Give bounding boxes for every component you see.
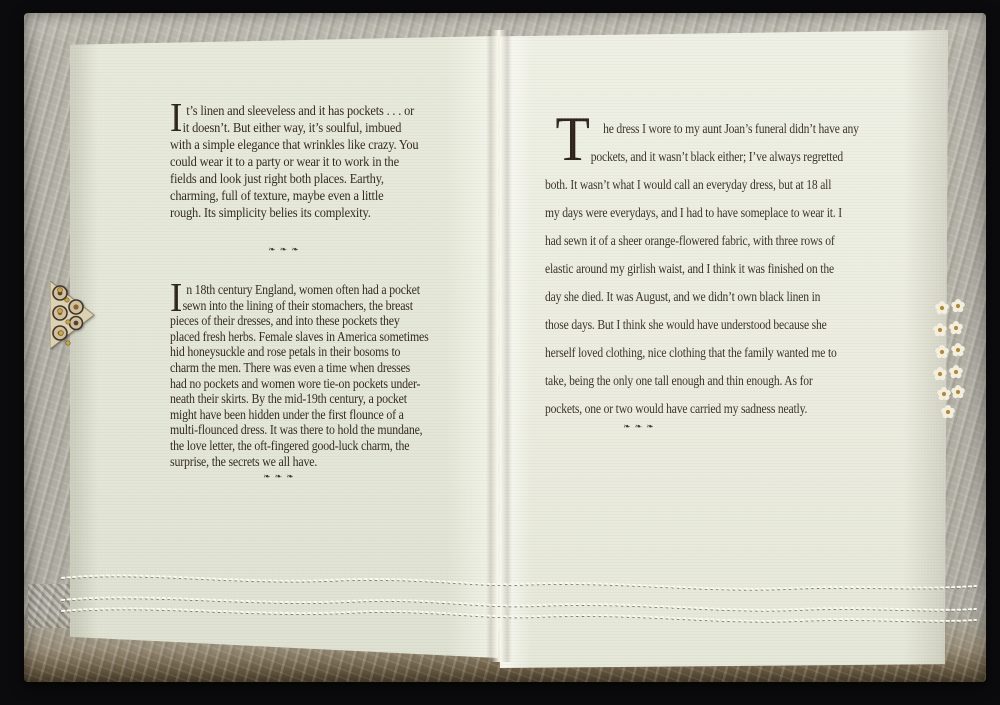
text-line: those days. But I think she would have u… [545, 311, 859, 339]
text-line: elastic around my girlish waist, and I t… [545, 255, 859, 283]
cover-weave-texture [28, 584, 70, 628]
text-line: herself loved clothing, nice clothing th… [545, 339, 859, 367]
text-line: placed fresh herbs. Female slaves in Ame… [170, 329, 429, 345]
drop-cap: T [556, 110, 590, 168]
text-line: rough. Its simplicity belies its complex… [170, 204, 418, 221]
paragraph: T he dress I wore to my aunt Joan’s fune… [545, 115, 859, 423]
text-line: neath their skirts. By the mid-19th cent… [170, 391, 429, 407]
paragraph-lines: n 18th century England, women often had … [170, 282, 429, 469]
text-line: pockets, one or two would have carried m… [545, 395, 859, 423]
text-line: it doesn’t. But either way, it’s soulful… [170, 119, 418, 136]
fleuron-ornament: ❧❧❧ [263, 473, 298, 481]
paragraph-lines: he dress I wore to my aunt Joan’s funera… [545, 115, 859, 423]
text-line: pieces of their dresses, and into these … [170, 313, 429, 329]
text-line: had sewn it of a sheer orange-flowered f… [545, 227, 859, 255]
text-line: the love letter, the oft-fingered good-l… [170, 438, 429, 454]
text-line: might have been hidden under the first f… [170, 407, 429, 423]
text-line: both. It wasn’t what I would call an eve… [545, 171, 859, 199]
drop-cap: I [170, 279, 182, 315]
text-line: take, being the only one tall enough and… [545, 367, 859, 395]
paragraph: I n 18th century England, women often ha… [170, 282, 429, 469]
text-line: hid honeysuckle and rose petals in their… [170, 344, 429, 360]
drop-cap: I [170, 99, 182, 135]
text-line: had no pockets and women wore tie-on poc… [170, 376, 429, 392]
text-line: multi-flounced dress. It was there to ho… [170, 422, 429, 438]
gold-beads [52, 280, 78, 352]
paragraph: I t’s linen and sleeveless and it has po… [170, 102, 418, 221]
text-line: n 18th century England, women often had … [170, 282, 429, 298]
right-page: T he dress I wore to my aunt Joan’s fune… [500, 30, 948, 668]
text-line: he dress I wore to my aunt Joan’s funera… [545, 115, 859, 143]
text-line: charming, full of texture, maybe even a … [170, 187, 418, 204]
text-line: my days were everydays, and I had to hav… [545, 199, 859, 227]
text-line: t’s linen and sleeveless and it has pock… [170, 102, 418, 119]
left-page: I t’s linen and sleeveless and it has po… [70, 36, 498, 658]
fleuron-ornament: ❧❧❧ [623, 423, 658, 431]
paragraph-lines: t’s linen and sleeveless and it has pock… [170, 102, 418, 221]
text-line: sewn into the lining of their stomachers… [170, 298, 429, 314]
text-line: could wear it to a party or wear it to w… [170, 153, 418, 170]
text-line: fields and look just right both places. … [170, 170, 418, 187]
text-line: pockets, and it wasn’t black either; I’v… [545, 143, 859, 171]
fleuron-ornament: ❧❧❧ [268, 246, 303, 254]
text-line: surprise, the secrets we all have. [170, 454, 429, 470]
photo-background: I t’s linen and sleeveless and it has po… [0, 0, 1000, 705]
text-line: with a simple elegance that wrinkles lik… [170, 136, 418, 153]
text-line: charm the men. There was even a time whe… [170, 360, 429, 376]
pressed-flowers [928, 296, 976, 430]
text-line: day she died. It was August, and we didn… [545, 283, 859, 311]
